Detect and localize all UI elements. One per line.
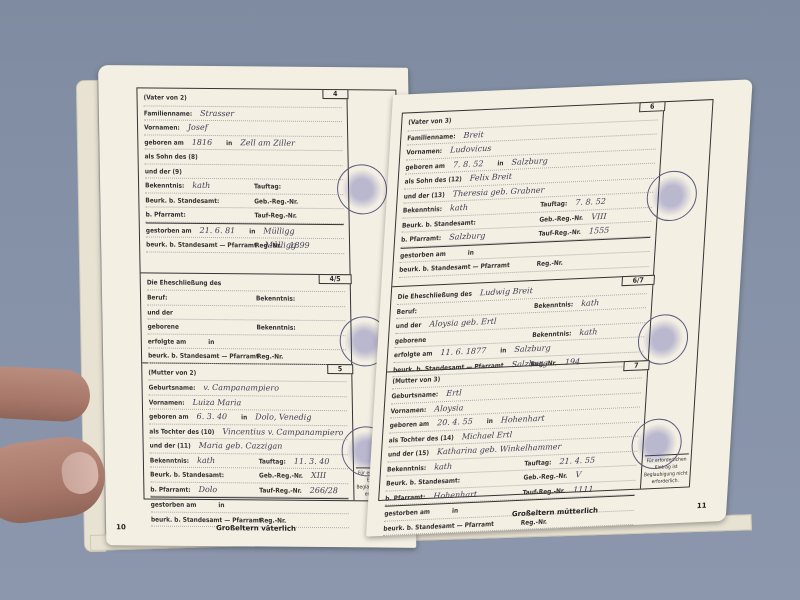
section-number: 6/7 (621, 275, 655, 286)
form-sections: (Vater von 2)4Familienname:StrasserVorna… (137, 88, 354, 500)
field-value: kath (434, 462, 453, 472)
field-value-secondary (555, 516, 556, 525)
field-value-secondary: 21. 4. 55 (559, 455, 595, 466)
field-value: Maria geb. Cazzigan (199, 441, 283, 451)
section-header-label: (Mutter von 2) (148, 368, 196, 376)
field-label: und der (13) (404, 190, 446, 200)
field-label: Vornamen: (406, 147, 442, 157)
field-in-label: in (500, 347, 507, 355)
field-label: und der (15) (388, 449, 430, 459)
field-value (518, 260, 519, 269)
field-label: erfolgte am (394, 350, 433, 360)
field-value: 7. 8. 52 (453, 159, 484, 169)
field-in-label: in (452, 507, 459, 515)
field-label: und der (147, 308, 173, 316)
field-label: beurk. b. Standesamt — Pfarramt (146, 240, 257, 249)
section-ehe-6-7: Die Eheschließung desLudwig Breit6/7Beru… (387, 276, 654, 372)
field-value-secondary: kath (581, 298, 600, 308)
field-value: Hohenhart (433, 490, 477, 501)
form-row: gestorben am21. 6. 81inMülligg (146, 222, 344, 239)
field-label: gestorben am (146, 226, 192, 234)
field-value-secondary: 1555 (589, 226, 610, 236)
field-label: Bekenntnis: (403, 205, 443, 215)
field-label: geboren am (144, 138, 184, 146)
field-in-label: in (249, 227, 255, 235)
field-in-value: Mülligg (263, 226, 294, 235)
field-label: Vornamen: (390, 406, 426, 416)
field-label-secondary: Geb.-Reg.-Nr. (539, 213, 583, 223)
field-value: 20. 4. 55 (437, 417, 473, 428)
field-value-secondary: 266/28 (310, 486, 338, 495)
field-right-group: Bekenntnis: (256, 320, 337, 335)
right-page: Für erforderlichen Eintrag ist Beglaubig… (366, 79, 753, 536)
field-label: geborene (395, 336, 427, 345)
field-value: Ludovicus (450, 144, 492, 155)
field-label: geboren am (389, 420, 429, 430)
field-in-label: in (497, 159, 504, 167)
section-vater-2: (Vater von 2)4Familienname:StrasserVorna… (137, 88, 350, 274)
field-right-group: Reg.-Nr. (257, 349, 338, 364)
field-label-secondary: Bekenntnis: (256, 294, 295, 302)
field-label: b. Pfarramt: (401, 234, 442, 244)
field-value: kath (197, 456, 215, 465)
section-header-label: (Vater von 3) (408, 116, 452, 126)
left-form: Für erforderlichen Eintrag ist Beglaubig… (136, 87, 403, 501)
field-value: Breit (463, 130, 484, 140)
field-value: 11. 6. 1877 (440, 346, 486, 357)
form-row: beurk. b. Standesamt — PfarramtMülliggRe… (146, 237, 344, 253)
field-label-secondary: Reg.-Nr. (260, 516, 287, 524)
section-header-label: Die Eheschließung des (397, 290, 472, 301)
field-label: geboren am (405, 161, 445, 171)
field-value-secondary (571, 257, 572, 266)
field-right-group: Tauftag:11. 3. 40 (259, 454, 340, 469)
field-in-label: in (241, 413, 247, 421)
field-label: Beruf: (396, 307, 417, 316)
field-label-secondary: Bekenntnis: (532, 329, 572, 339)
section-number: 5 (327, 364, 354, 374)
field-value: kath (192, 181, 210, 190)
field-label: Familienname: (144, 109, 192, 117)
field-label: beurk. b. Standesamt — Pfarramt (399, 261, 510, 274)
section-header-label: (Mutter von 3) (392, 375, 440, 385)
field-label-secondary: Reg.-Nr. (536, 259, 563, 268)
field-value-secondary: V (575, 471, 581, 480)
field-label: Beurk. b. Standesamt: (145, 196, 219, 205)
field-label: b. Pfarramt: (146, 210, 186, 218)
field-value: Felix Breit (470, 172, 513, 183)
field-in-label: in (468, 248, 475, 256)
section-mutter-3: (Mutter von 3)7Geburtsname:ErtlVornamen:… (379, 361, 649, 500)
field-label: Bekenntnis: (145, 181, 184, 189)
field-label: b. Pfarramt: (150, 485, 190, 493)
field-value: Aloysia geb. Ertl (429, 317, 497, 329)
field-label: erfolgte am (148, 337, 187, 345)
field-label-secondary: Tauf-Reg.-Nr. (259, 486, 302, 494)
field-label: geborene (147, 322, 178, 330)
field-in-value: Salzburg (514, 344, 551, 355)
field-label-secondary: Reg.-Nr. (255, 241, 282, 249)
field-value (425, 306, 426, 315)
field-value: Ertl (446, 389, 462, 399)
field-label: geboren am (149, 413, 189, 421)
section-header-value: Ludwig Breit (480, 286, 533, 297)
field-value: Aloysia (434, 403, 464, 413)
field-label: Geburtsname: (391, 391, 438, 401)
field-in-label: in (218, 501, 224, 509)
field-label-secondary: Tauf-Reg.-Nr. (254, 211, 297, 219)
field-in-value (482, 247, 483, 256)
field-value-secondary: 1899 (289, 241, 310, 250)
section-mutter-2: (Mutter von 2)5Geburtsname:v. Campanampi… (142, 363, 354, 500)
field-label: Vornamen: (144, 123, 180, 131)
field-label: Geburtsname: (149, 384, 196, 392)
field-value: Josef (188, 123, 208, 132)
field-label-secondary: Tauf-Reg.-Nr. (538, 228, 581, 238)
field-value-secondary: 7. 8. 52 (575, 197, 606, 207)
field-value (468, 476, 469, 485)
field-label-secondary: Tauftag: (259, 457, 286, 465)
section-vater-3: (Vater von 3)6Familienname:BreitVornamen… (392, 102, 664, 287)
field-value (502, 519, 503, 528)
field-right-group: Reg.-Nr.1899 (255, 238, 336, 253)
field-label: Familienname: (407, 132, 456, 142)
field-label: als Sohn des (12) (404, 175, 462, 186)
form-row: gestorben amin (151, 497, 349, 514)
field-value: Vincentius v. Campanampiero (222, 427, 343, 437)
form-sections: (Vater von 3)6Familienname:BreitVornamen… (379, 102, 664, 500)
field-right-group: Tauftag: (254, 179, 335, 194)
field-label-secondary: Bekenntnis: (534, 300, 574, 310)
field-label: beurk. b. Standesamt — Pfarramt (151, 515, 262, 524)
field-label: beurk. b. Standesamt — Pfarramt (383, 520, 494, 533)
field-value: Salzburg (449, 231, 486, 242)
field-label: als Tochter des (10) (149, 427, 214, 436)
field-label: Beruf: (147, 293, 167, 301)
field-label-secondary: Tauftag: (540, 199, 568, 208)
left-page-footer: Großeltern väterlich (216, 524, 296, 533)
section-number: 7 (623, 360, 650, 371)
field-value (484, 217, 485, 226)
section-number: 4 (322, 89, 349, 99)
section-header-label: (Vater von 2) (143, 93, 186, 101)
field-right-group: Geb.-Reg.-Nr. (254, 194, 335, 209)
field-label-secondary: Bekenntnis: (256, 323, 295, 331)
field-right-group: Geb.-Reg.-Nr.XIII (259, 469, 340, 484)
field-label-secondary: Geb.-Reg.-Nr. (523, 472, 567, 482)
field-value: Theresia geb. Grabner (453, 185, 545, 198)
field-value: 21. 6. 81 (200, 225, 236, 234)
field-value: 1816 (192, 137, 213, 146)
field-value: v. Campanampiero (203, 383, 279, 393)
hand-finger-index (0, 365, 91, 423)
field-label-secondary: Reg.-Nr. (257, 352, 284, 360)
field-value-secondary: 1111 (573, 485, 594, 495)
left-page: Für erforderlichen Eintrag ist Beglaubig… (98, 65, 416, 548)
field-value-secondary: VIII (591, 211, 607, 221)
field-label-secondary: Geb.-Reg.-Nr. (254, 197, 298, 205)
field-label: und der (9) (145, 167, 182, 175)
field-label: gestorben am (400, 249, 446, 259)
field-label: und der (11) (150, 442, 191, 450)
field-label: Beurk. b. Standesamt: (386, 477, 460, 488)
field-label: als Tochter des (14) (389, 434, 455, 445)
field-label: b. Pfarramt: (385, 493, 426, 503)
field-value (454, 248, 455, 257)
field-label: gestorben am (384, 508, 430, 518)
field-value: 6. 3. 40 (196, 412, 227, 421)
field-label: Beurk. b. Standesamt: (150, 471, 224, 480)
field-label: Bekenntnis: (387, 464, 427, 474)
section-ehe-4-5: Die Eheschließung des4/5Beruf:Bekenntnis… (141, 273, 353, 365)
field-right-group: Tauf-Reg.-Nr. (254, 208, 335, 223)
field-in-value (466, 506, 467, 515)
field-in-value: Dolo, Venedig (255, 413, 311, 422)
field-label: Bekenntnis: (150, 456, 189, 464)
section-number: 4/5 (318, 273, 351, 283)
field-value (434, 334, 435, 343)
field-right-group: Tauf-Reg.-Nr.266/28 (259, 483, 340, 498)
section-header-label: Die Eheschließung des (147, 278, 222, 287)
field-label-secondary: Tauftag: (524, 458, 552, 467)
field-value: kath (450, 203, 469, 213)
field-value-secondary: 11. 3. 40 (294, 456, 330, 465)
field-value: Dolo (198, 485, 217, 494)
field-in-value: Salzburg (511, 156, 548, 167)
field-in-label: in (486, 417, 493, 425)
field-in-value: Hohenhart (501, 414, 545, 425)
field-label: Vornamen: (149, 398, 185, 406)
right-form: Für erforderlichen Eintrag ist Beglaubig… (378, 99, 713, 501)
field-label: als Sohn des (8) (145, 152, 198, 160)
field-label: beurk. b. Standesamt — Pfarramt (148, 351, 259, 360)
field-in-label: in (226, 139, 232, 147)
field-right-group: Bekenntnis: (256, 291, 337, 306)
page-number-left: 10 (116, 523, 126, 531)
field-label-secondary: Reg.-Nr. (521, 518, 548, 527)
field-label-secondary: Tauf-Reg.-Nr. (522, 487, 565, 497)
field-label: Beurk. b. Standesamt: (402, 218, 476, 229)
form-row: beurk. b. Standesamt — PfarramtReg.-Nr. (148, 348, 346, 364)
field-label: und der (396, 321, 422, 330)
field-label-secondary: Geb.-Reg.-Nr. (259, 472, 303, 480)
section-number: 6 (639, 101, 666, 112)
field-value (438, 507, 439, 516)
field-value: Strasser (200, 108, 234, 117)
page-number-right: 11 (697, 502, 707, 510)
field-label: gestorben am (151, 501, 197, 509)
field-value: Michael Ertl (462, 430, 513, 441)
field-value-secondary: XIII (311, 471, 326, 480)
field-value-secondary: kath (579, 327, 598, 337)
field-value: Luiza Maria (193, 398, 242, 407)
field-label-secondary: Tauftag: (254, 182, 281, 190)
field-in-label: in (208, 338, 214, 346)
field-in-value: Zell am Ziller (240, 138, 295, 147)
